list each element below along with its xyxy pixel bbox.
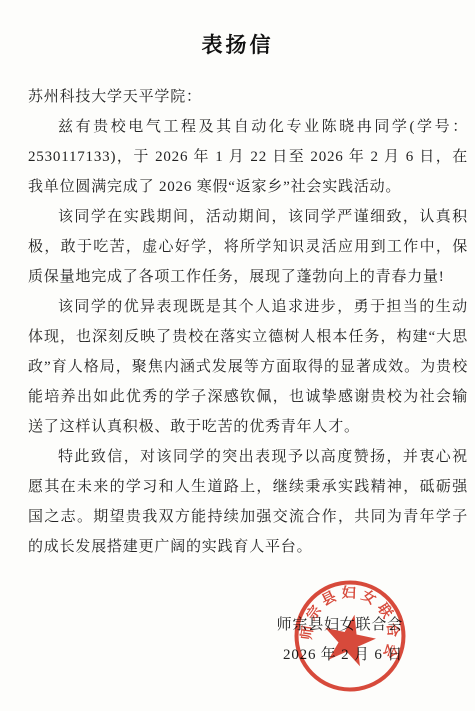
signature-date: 2026 年 2 月 6 日 [277,640,403,670]
letter-body: 苏州科技大学天平学院： 兹有贵校电气工程及其自动化专业陈晓冉同学(学号：2530… [28,82,468,562]
letter-paragraph-3: 该同学的优异表现既是其个人追求进步，勇于担当的生动体现，也深刻反映了贵校在落实立… [28,292,468,442]
signature-org: 师宗县妇女联合会 [277,610,403,640]
commendation-letter-page: 表扬信 苏州科技大学天平学院： 兹有贵校电气工程及其自动化专业陈晓冉同学(学号：… [0,0,475,711]
letter-salutation: 苏州科技大学天平学院： [28,82,468,112]
letter-paragraph-1: 兹有贵校电气工程及其自动化专业陈晓冉同学(学号：2530117133)，于 20… [28,112,468,202]
letter-paragraph-2: 该同学在实践期间，活动期间，该同学严谨细致，认真积极，敢于吃苦，虚心好学，将所学… [28,202,468,292]
letter-paragraph-4: 特此致信，对该同学的突出表现予以高度赞扬，并衷心祝愿其在未来的学习和人生道路上，… [28,442,468,562]
signature-block: 师宗县妇女联合会 2026 年 2 月 6 日 [277,610,403,670]
letter-title: 表扬信 [0,29,475,59]
